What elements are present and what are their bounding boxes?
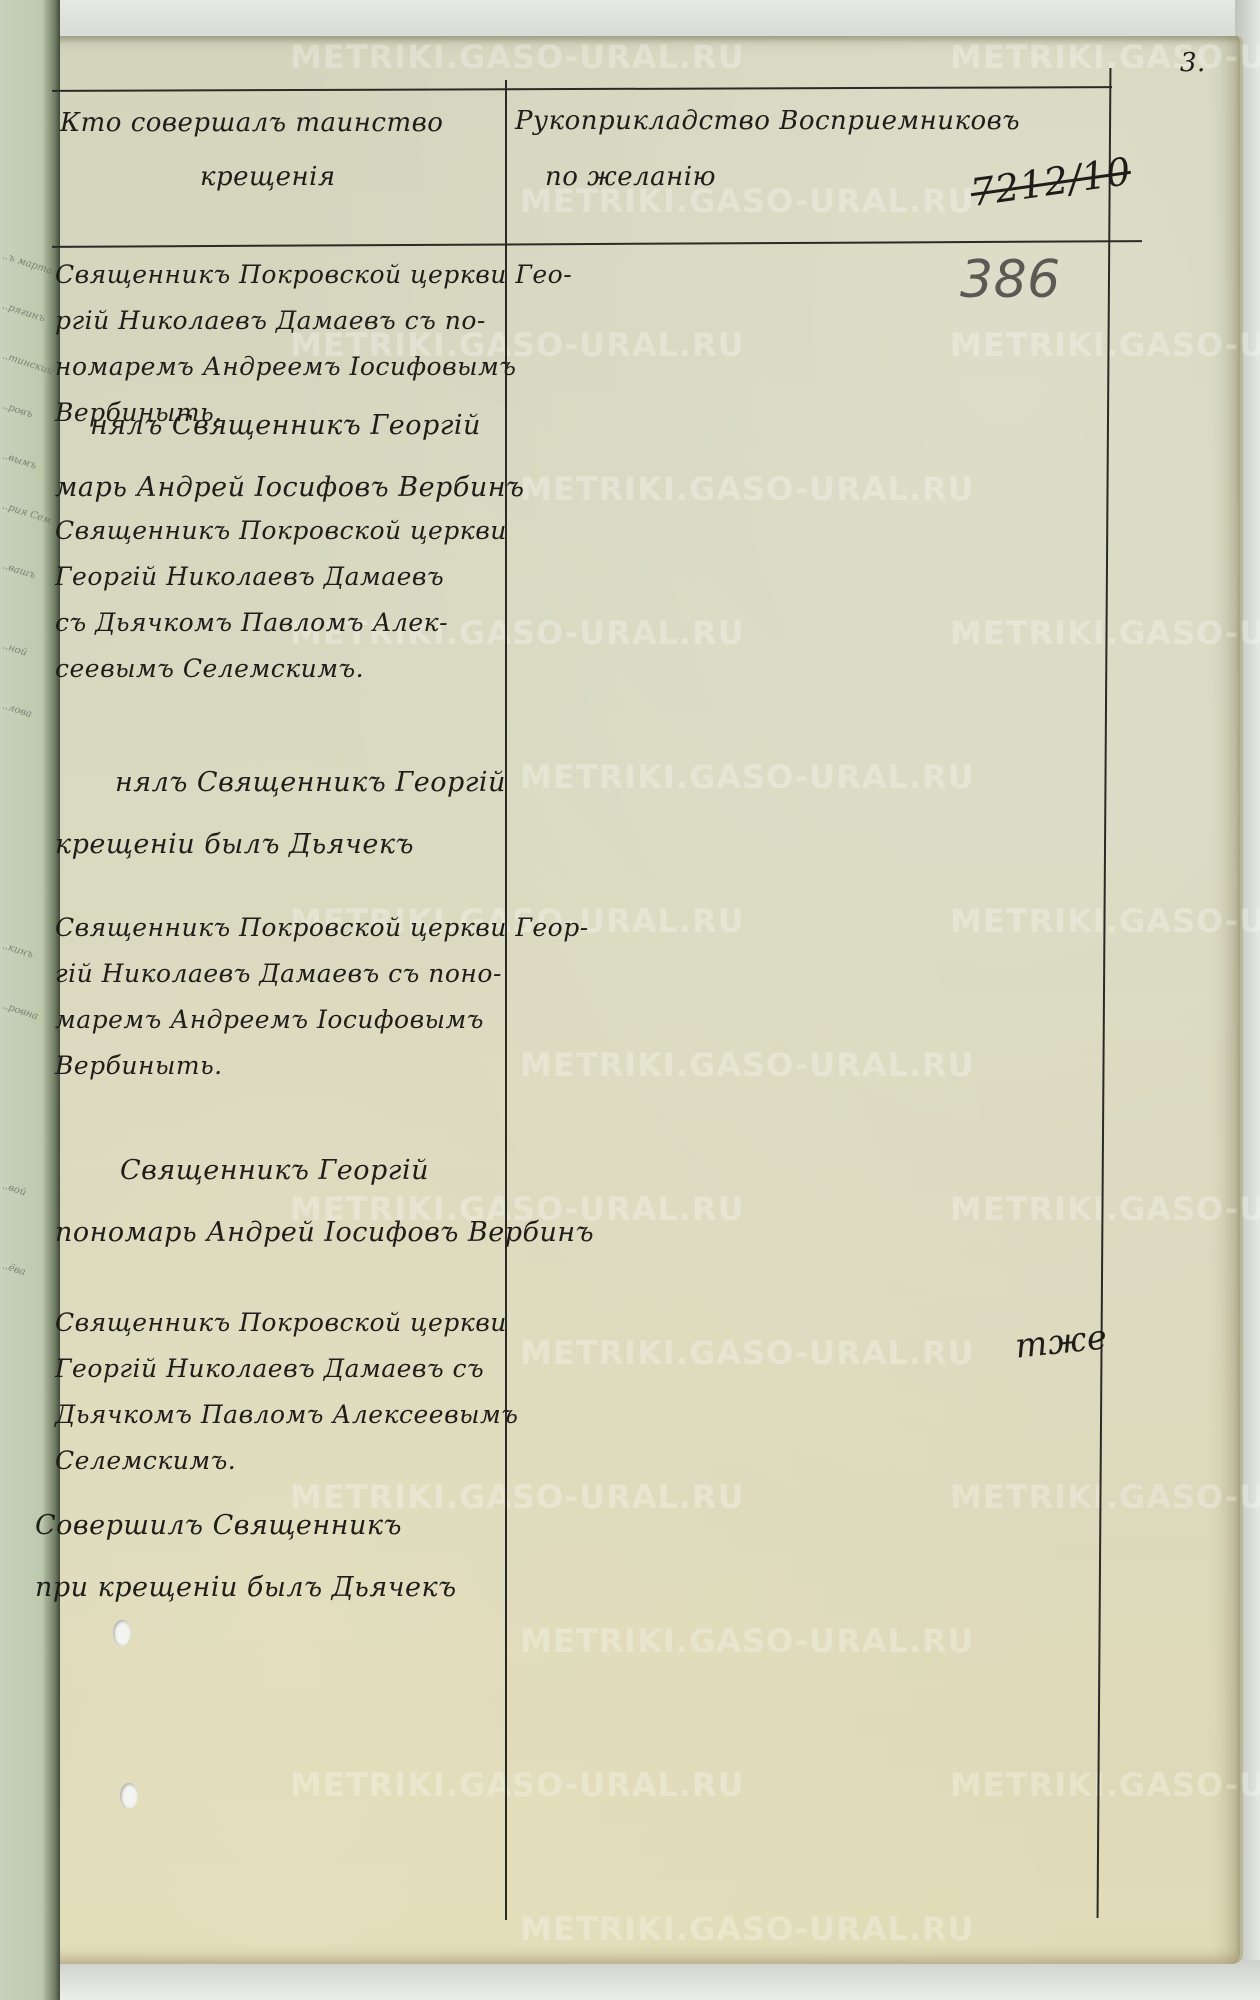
column-header-officiant-line2: крещенія <box>200 162 336 192</box>
adjacent-page-text: ..вой <box>0 1180 54 1209</box>
adjacent-page-text: ..ъ марта <box>0 250 54 279</box>
column-header-officiant: Кто совершалъ таинство <box>60 108 443 138</box>
binding-strip-adjacent-page: ..ъ марта ..рягинъ ..тинский ..ровъ ..вы… <box>0 0 60 2000</box>
entry-line: пономарь Андрей Іосифовъ Вербинъ <box>55 1202 594 1264</box>
adjacent-page-text: ..ёва <box>0 1260 54 1289</box>
entry-line: гій Николаевъ Дамаевъ съ поно- <box>55 951 589 997</box>
adjacent-page-text: ..ной <box>0 640 54 669</box>
entry-line: сеевымъ Селемскимъ. <box>55 646 507 692</box>
adjacent-page-text: ..рягинъ <box>0 300 54 329</box>
entry-line: маремъ Андреемъ Іосифовымъ <box>55 997 589 1043</box>
entry-line: Священникъ Покровской церкви Геор- <box>55 905 589 951</box>
entry-line: нялъ Священникъ Георгій <box>55 752 506 814</box>
adjacent-page-text: ..вашъ <box>0 560 54 589</box>
page-number: 3. <box>1180 48 1206 78</box>
column-header-godparents-line2: по желанію <box>545 162 716 192</box>
entry-line: Совершилъ Священникъ <box>35 1495 457 1557</box>
entry-line: при крещеніи былъ Дьячекъ <box>35 1557 457 1619</box>
entry-5: Священникъ Покровской церкви Геор- гій Н… <box>55 905 589 1089</box>
binding-hole <box>113 1620 131 1646</box>
entry-6: Священникъ Георгій пономарь Андрей Іосиф… <box>55 1140 594 1264</box>
entry-7: Священникъ Покровской церкви Георгій Ник… <box>55 1300 518 1484</box>
entry-line: Селемскимъ. <box>55 1438 518 1484</box>
entry-line: крещеніи былъ Дьячекъ <box>55 814 506 876</box>
entry-3: Священникъ Покровской церкви Георгій Ник… <box>55 508 507 692</box>
entry-line: Вербиныть. <box>55 1043 589 1089</box>
entry-4: нялъ Священникъ Георгій крещеніи былъ Дь… <box>55 752 506 876</box>
adjacent-page-text: ..лова <box>0 700 54 729</box>
entry-line: Дьячкомъ Павломъ Алексеевымъ <box>55 1392 518 1438</box>
adjacent-page-text: ..тинский <box>0 350 54 379</box>
adjacent-page-text: ..кинъ <box>0 940 54 969</box>
adjacent-page-text: ..ровъ <box>0 400 54 429</box>
binding-hole <box>120 1783 138 1809</box>
entry-line: ргій Николаевъ Дамаевъ съ по- <box>55 298 572 344</box>
entry-line: Священникъ Георгій <box>55 1140 594 1202</box>
entry-line: Священникъ Покровской церкви <box>55 1300 518 1346</box>
entry-8: Совершилъ Священникъ при крещеніи былъ Д… <box>35 1495 457 1619</box>
entry-line: нялъ Священникъ Георгій <box>55 395 525 457</box>
entry-2: нялъ Священникъ Георгій марь Андрей Іоси… <box>55 395 525 519</box>
entry-line: Георгій Николаевъ Дамаевъ <box>55 554 507 600</box>
pencil-folio-number: 386 <box>960 250 1061 310</box>
entry-line: съ Дьячкомъ Павломъ Алек- <box>55 600 507 646</box>
entry-line: номаремъ Андреемъ Іосифовымъ <box>55 344 572 390</box>
entry-line: Георгій Николаевъ Дамаевъ съ <box>55 1346 518 1392</box>
adjacent-page-text: ..вымъ <box>0 450 54 479</box>
entry-line: Священникъ Покровской церкви Гео- <box>55 252 572 298</box>
entry-line: Священникъ Покровской церкви <box>55 508 507 554</box>
column-header-godparents: Рукоприкладство Восприемниковъ <box>515 106 1020 136</box>
adjacent-page-text: ..ровна <box>0 1000 54 1029</box>
scan-background-bottom <box>0 1960 1260 2000</box>
adjacent-page-text: ..рия Сем. <box>0 500 54 529</box>
